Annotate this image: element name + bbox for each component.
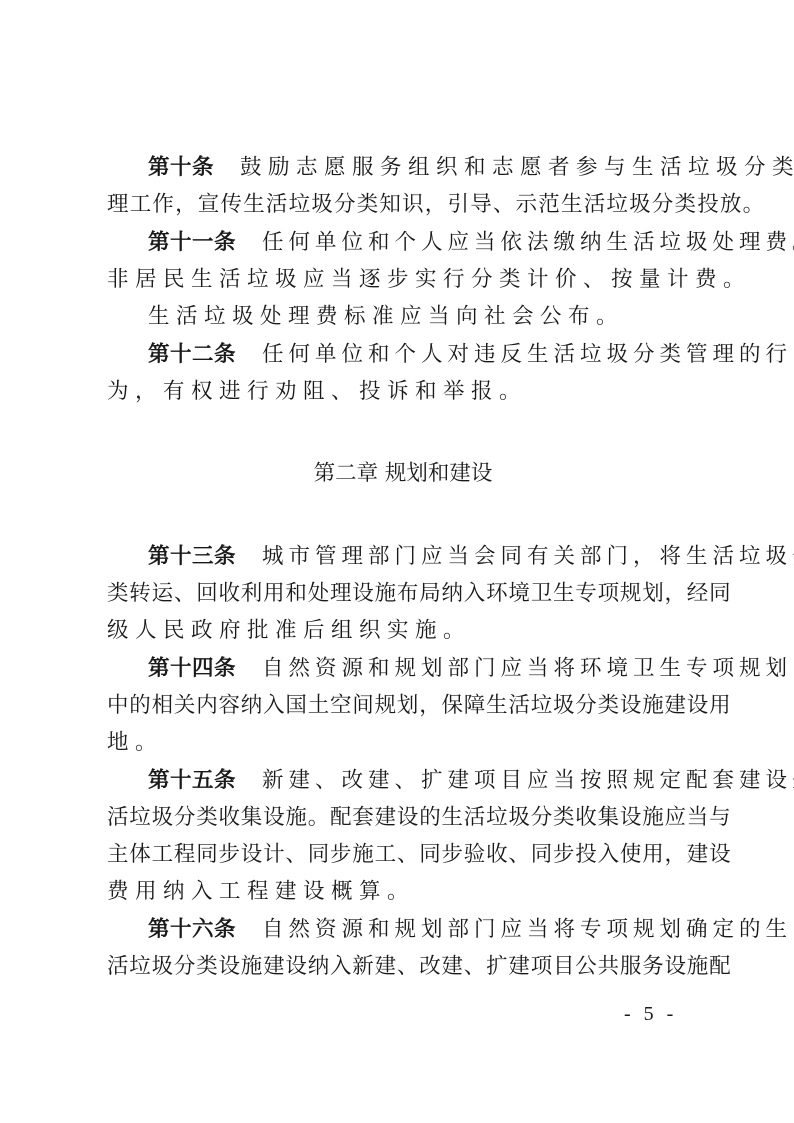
article-15-line-4: 费用纳入工程建设概算。 <box>107 874 699 910</box>
article-14-line-2: 中的相关内容纳入国土空间规划，保障生活垃圾分类设施建设用 <box>107 688 699 724</box>
article-10-line-1: 第十条鼓励志愿服务组织和志愿者参与生活垃圾分类管 <box>107 150 699 186</box>
article-label: 第十一条 <box>148 230 236 255</box>
article-label: 第十五条 <box>148 768 236 793</box>
chapter-heading: 第二章 规划和建设 <box>107 456 699 492</box>
article-13-line-2: 类转运、回收利用和处理设施布局纳入环境卫生专项规划，经同 <box>107 576 699 612</box>
page-number: - 5 - <box>624 1003 677 1026</box>
article-label: 第十六条 <box>148 917 236 942</box>
article-16-line-1: 第十六条自然资源和规划部门应当将专项规划确定的生 <box>107 912 699 948</box>
article-14-line-3: 地。 <box>107 725 699 761</box>
article-12-line-2: 为，有权进行劝阻、投诉和举报。 <box>107 374 699 410</box>
article-11-paragraph-2: 生活垃圾处理费标准应当向社会公布。 <box>107 299 699 335</box>
article-label: 第十条 <box>148 155 214 180</box>
article-11-line-2: 非居民生活垃圾应当逐步实行分类计价、按量计费。 <box>107 262 699 298</box>
article-11-line-1: 第十一条任何单位和个人应当依法缴纳生活垃圾处理费。 <box>107 225 699 261</box>
article-13-line-3: 级人民政府批准后组织实施。 <box>107 613 699 649</box>
article-15-line-1: 第十五条新建、改建、扩建项目应当按照规定配套建设生 <box>107 763 699 799</box>
article-16-line-2: 活垃圾分类设施建设纳入新建、改建、扩建项目公共服务设施配 <box>107 949 699 985</box>
article-label: 第十三条 <box>148 544 236 569</box>
article-15-line-3: 主体工程同步设计、同步施工、同步验收、同步投入使用，建设 <box>107 837 699 873</box>
article-15-line-2: 活垃圾分类收集设施。配套建设的生活垃圾分类收集设施应当与 <box>107 800 699 836</box>
article-13-line-1: 第十三条城市管理部门应当会同有关部门，将生活垃圾分 <box>107 539 699 575</box>
article-14-line-1: 第十四条自然资源和规划部门应当将环境卫生专项规划 <box>107 651 699 687</box>
article-label: 第十四条 <box>148 656 236 681</box>
article-10-line-2: 理工作，宣传生活垃圾分类知识，引导、示范生活垃圾分类投放。 <box>107 187 699 223</box>
article-12-line-1: 第十二条任何单位和个人对违反生活垃圾分类管理的行 <box>107 337 699 373</box>
article-label: 第十二条 <box>148 342 236 367</box>
